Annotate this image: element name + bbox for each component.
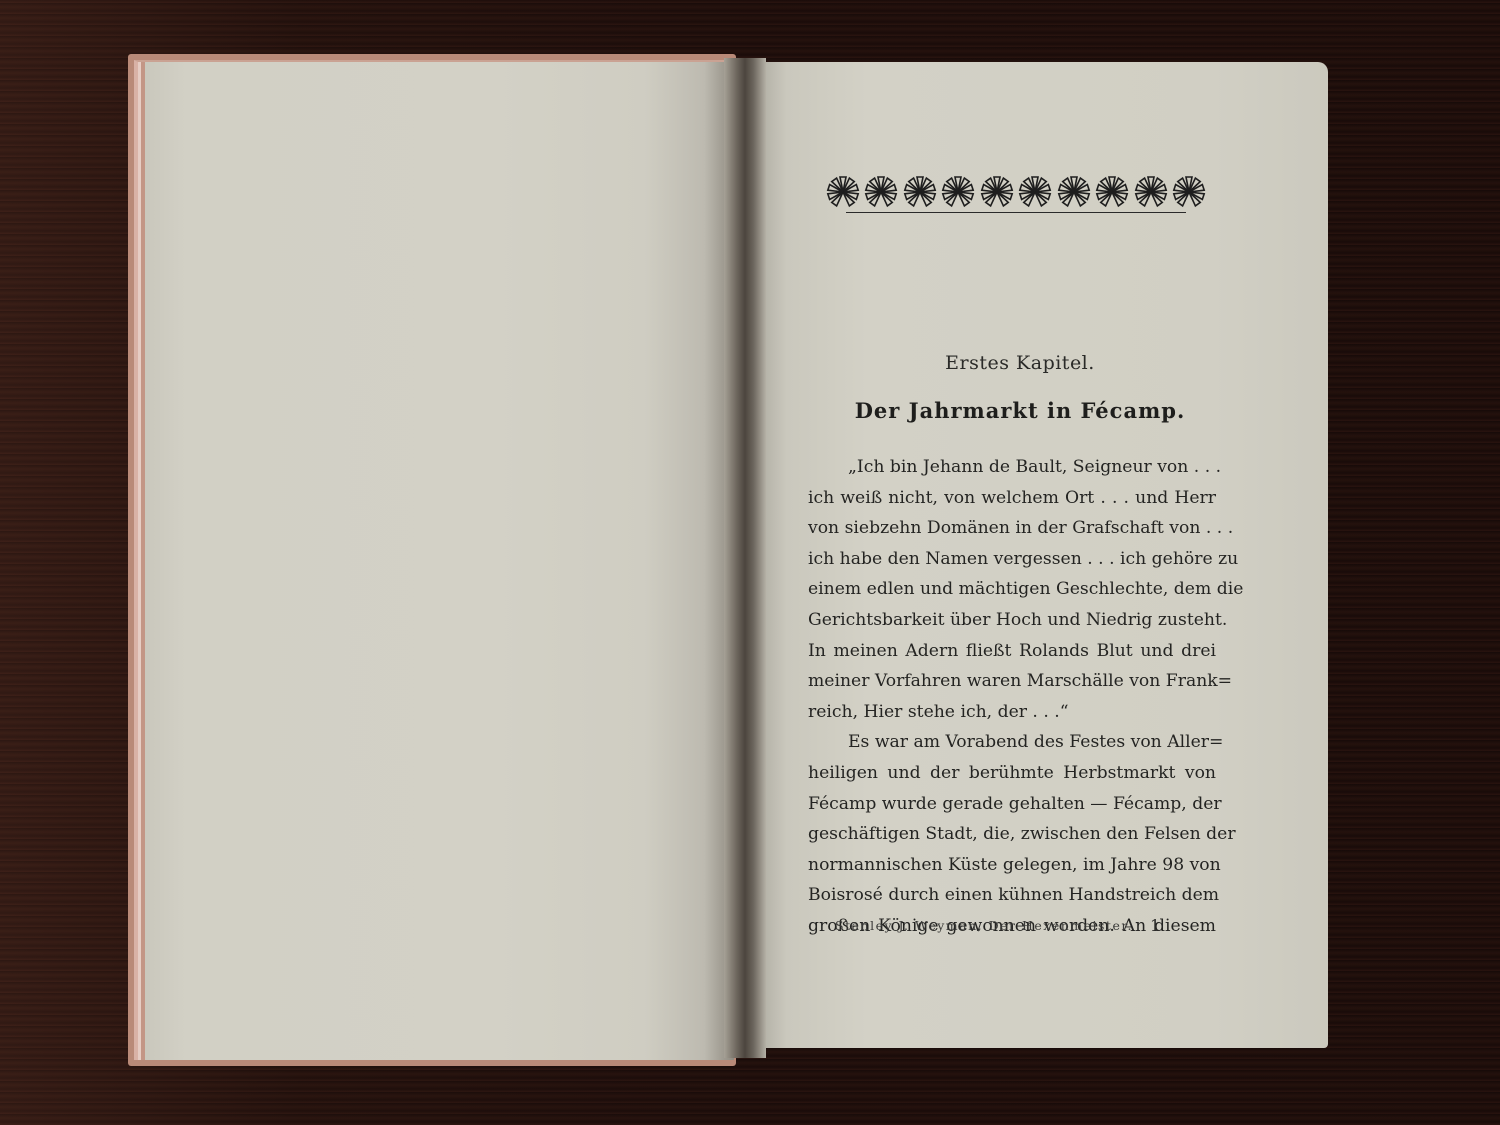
- flower-ornament-icon: [1057, 175, 1091, 209]
- flower-ornament-icon: [1018, 175, 1052, 209]
- text-line: „Ich bin Jehann de Bault, Seigneur von .…: [808, 452, 1216, 483]
- page-number: 1: [1150, 916, 1160, 935]
- flower-ornament-icon: [1134, 175, 1168, 209]
- flower-ornament-icon: [903, 175, 937, 209]
- chapter-label: Erstes Kapitel.: [820, 352, 1220, 374]
- text-line: geschäftigen Stadt, die, zwischen den Fe…: [808, 819, 1216, 850]
- flower-ornament-icon: [1095, 175, 1129, 209]
- text-line: Gerichtsbarkeit über Hoch und Niedrig zu…: [808, 605, 1216, 636]
- text-line: einem edlen und mächtigen Geschlechte, d…: [808, 574, 1216, 605]
- text-line: Es war am Vorabend des Festes von Aller=: [808, 727, 1216, 758]
- flower-ornament-icon: [941, 175, 975, 209]
- text-line: reich, Hier stehe ich, der . . .“: [808, 697, 1216, 728]
- ornament-vine-line: [846, 206, 1186, 213]
- book-gutter: [724, 58, 766, 1058]
- text-line: von siebzehn Domänen in der Grafschaft v…: [808, 513, 1216, 544]
- flower-ornament-icon: [980, 175, 1014, 209]
- flower-ornament-icon: [864, 175, 898, 209]
- text-line: Fécamp wurde gerade gehalten — Fécamp, d…: [808, 789, 1216, 820]
- text-line: ich habe den Namen vergessen . . . ich g…: [808, 544, 1216, 575]
- text-line: normannischen Küste gelegen, im Jahre 98…: [808, 850, 1216, 881]
- text-line: Boisrosé durch einen kühnen Handstreich …: [808, 880, 1216, 911]
- text-line: heiligen und der berühmte Herbstmarkt vo…: [808, 758, 1216, 789]
- text-line: meiner Vorfahren waren Marschälle von Fr…: [808, 666, 1216, 697]
- body-text: „Ich bin Jehann de Bault, Seigneur von .…: [808, 452, 1216, 942]
- flower-ornament-icon: [1172, 175, 1206, 209]
- text-line: ich weiß nicht, von welchem Ort . . . un…: [808, 483, 1216, 514]
- flower-ornament-icon: [826, 175, 860, 209]
- chapter-title: Der Jahrmarkt in Fécamp.: [820, 398, 1220, 423]
- left-page-blank: [134, 60, 734, 1060]
- text-line: In meinen Adern fließt Rolands Blut und …: [808, 636, 1216, 667]
